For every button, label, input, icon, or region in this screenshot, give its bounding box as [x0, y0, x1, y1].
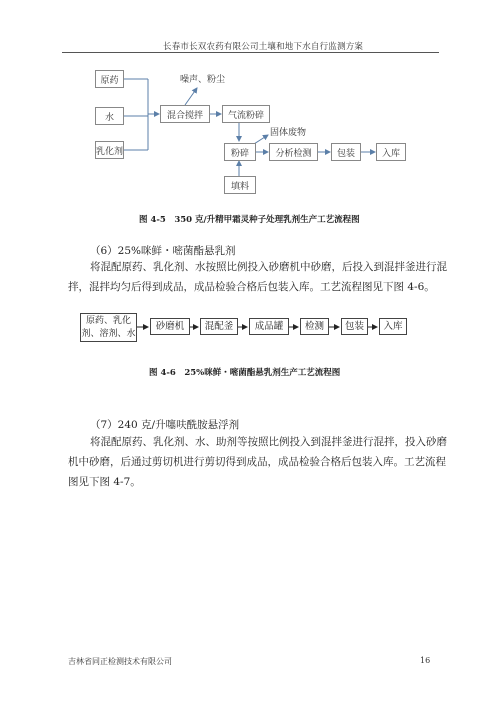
flow-node-analysis: 分析检测	[269, 143, 318, 161]
flow2-node-mixing-kettle: 混配釜	[200, 318, 238, 335]
flow-node-crush: 粉碎	[224, 143, 256, 161]
flow2-node-inputs: 原药、乳化剂、溶剂、水	[80, 313, 137, 342]
flow-node-filler: 填料	[224, 176, 256, 194]
section-6-line-1: 将混配原药、乳化剂、水按照比例投入砂磨机中砂磨，后投入到混拌釜进行混	[90, 257, 447, 277]
footer-page-number: 16	[420, 656, 430, 665]
flow-node-raw-drug: 原药	[95, 70, 124, 88]
figure-4-6-caption: 图 4-6 25%咪鲜・嘧菌酯悬乳剂生产工艺流程图	[149, 366, 340, 378]
flow2-node-sand-mill: 砂磨机	[150, 318, 190, 335]
emission-noise-dust-label: 噪声、粉尘	[180, 72, 225, 85]
emission-solid-waste-label: 固体废物	[270, 125, 306, 138]
flow2-node-product-tank: 成品罐	[249, 318, 289, 335]
flow2-node-inspection: 检测	[300, 318, 329, 335]
flow-node-storage: 入库	[376, 143, 406, 161]
section-7-line-2: 机中砂磨，后通过剪切机进行剪切得到成品，成品检验合格后包装入库。工艺流程	[68, 452, 446, 472]
flow2-node-storage: 入库	[379, 318, 407, 335]
flow-node-mix: 混合搅拌	[160, 105, 210, 123]
section-6-heading: （6）25%咪鲜・嘧菌酯悬乳剂	[90, 243, 236, 258]
flow-node-emulsifier: 乳化剂	[95, 141, 124, 159]
footer-company: 吉林省同正检测技术有限公司	[68, 656, 172, 667]
section-7-heading: （7）240 克/升噻呋酰胺悬浮剂	[90, 417, 239, 432]
flow-node-airmill: 气流粉碎	[222, 105, 270, 123]
figure-4-5-caption: 图 4-5 350 克/升精甲霜灵种子处理乳剂生产工艺流程图	[139, 213, 360, 225]
section-6-line-2: 拌，混拌均匀后得到成品，成品检验合格后包装入库。工艺流程图见下图 4-6。	[68, 277, 435, 297]
section-7-line-1: 将混配原药、乳化剂、水、助剂等按照比例投入到混拌釜进行混拌，投入砂磨	[90, 432, 447, 452]
flow2-node-package: 包装	[341, 318, 368, 335]
section-7-line-3: 图见下图 4-7。	[68, 472, 141, 492]
flow-node-water: 水	[95, 107, 124, 125]
flow-node-package: 包装	[331, 143, 361, 161]
